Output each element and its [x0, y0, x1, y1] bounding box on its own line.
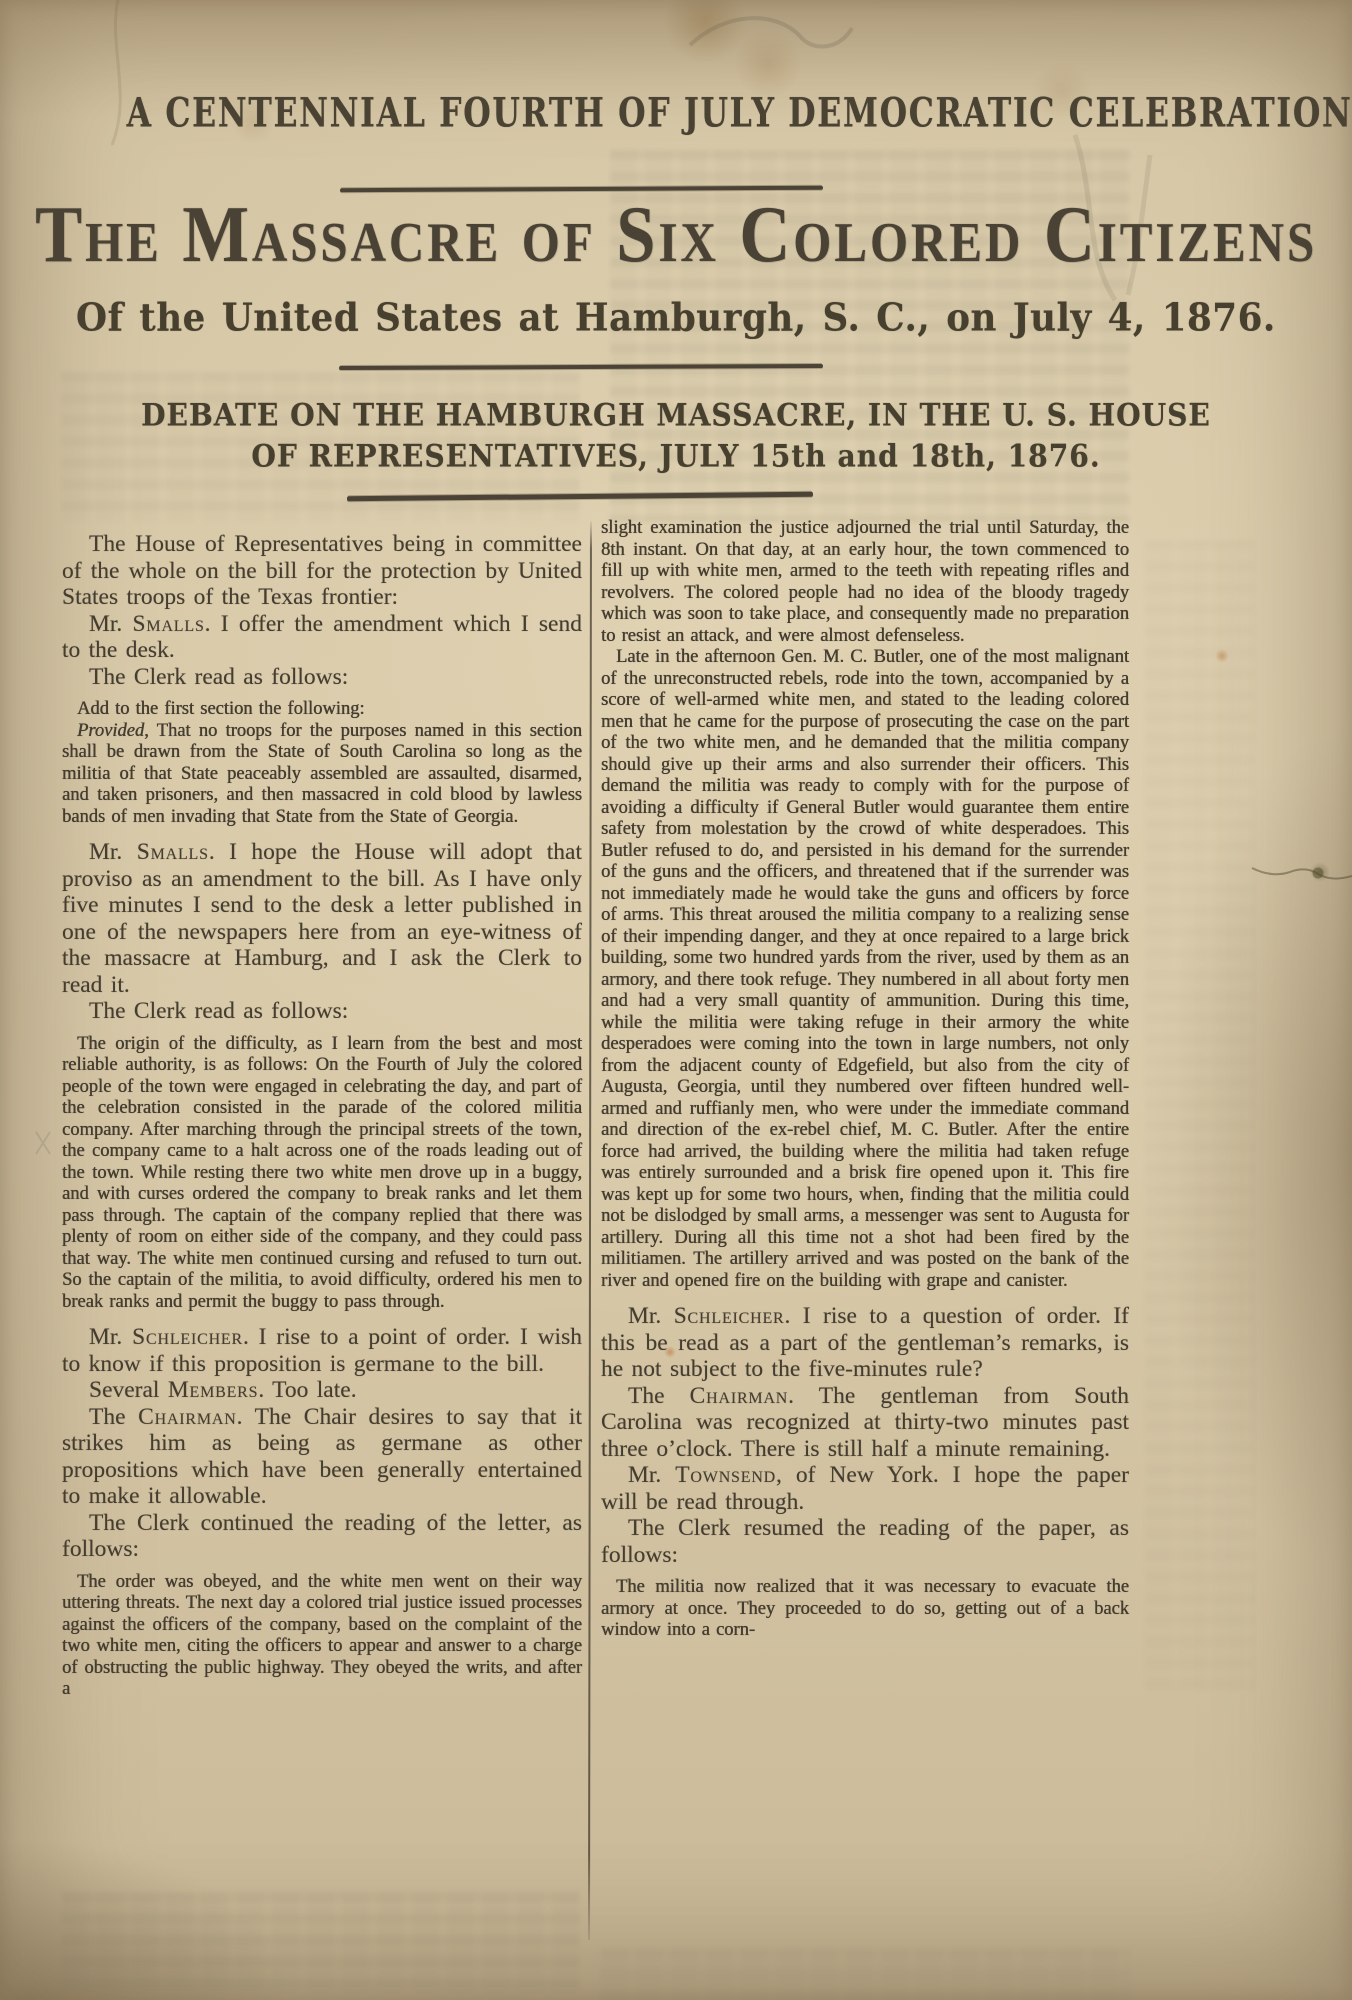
excerpt-paragraph: slight examination the justice adjourned… [601, 518, 1129, 647]
left-column: The House of Representatives being in co… [62, 531, 582, 1701]
speaker-name: Chairman [690, 1383, 789, 1409]
excerpt-paragraph: Add to the first section the following: [62, 699, 582, 721]
debate-heading-line2: OF REPRESENTATIVES, JULY 15th and 18th, … [41, 435, 1312, 478]
body-paragraph: The Chairman. The Chair desires to say t… [62, 1404, 582, 1510]
kicker-text: A CENTENNIAL FOURTH OF JULY DEMOCRATIC C… [127, 89, 1352, 136]
document-page: A CENTENNIAL FOURTH OF JULY DEMOCRATIC C… [0, 0, 1352, 2000]
text-run: . Too late. [258, 1377, 356, 1403]
excerpt-paragraph: Provided, That no troops for the purpose… [62, 721, 582, 829]
column-divider [588, 521, 592, 1940]
speaker-name: Members [168, 1377, 259, 1403]
page-subtitle: Of the United States at Hamburgh, S. C.,… [0, 297, 1352, 339]
speaker-name: Smalls [133, 611, 205, 637]
text-run: The Clerk read as follows: [89, 664, 348, 690]
body-paragraph: The Clerk resumed the reading of the pap… [601, 1515, 1129, 1568]
body-paragraph: Mr. Smalls. I hope the House will adopt … [62, 839, 582, 998]
pencil-scrawl-mark [690, 18, 852, 46]
body-paragraph: Mr. Schleicher. I rise to a question of … [601, 1303, 1129, 1383]
page-title: The Massacre of Six Colored Citizens [0, 188, 1352, 271]
speaker-name: Chairman [138, 1404, 237, 1430]
excerpt-paragraph: Late in the afternoon Gen. M. C. Butler,… [601, 647, 1129, 1292]
ink-blot [1313, 868, 1324, 879]
text-run: Late in the afternoon Gen. M. C. Butler,… [601, 647, 1129, 1291]
paper-crack [1252, 868, 1352, 879]
speaker-name: Townsend [675, 1462, 776, 1488]
text-run: The militia now realized that it was nec… [601, 1577, 1129, 1640]
text-run: The House of Representatives being in co… [62, 531, 582, 610]
debate-heading: DEBATE ON THE HAMBURGH MASSACRE, IN THE … [0, 395, 1352, 477]
body-paragraph: The Clerk read as follows: [62, 998, 582, 1025]
show-through-patch [1145, 540, 1255, 1690]
text-run: The [89, 1404, 138, 1430]
show-through-patch [601, 1948, 1129, 2000]
text-run: The [628, 1383, 690, 1409]
text-run: Mr. [89, 839, 137, 865]
speaker-name: Schleicher [132, 1324, 243, 1350]
text-run: The order was obeyed, and the white men … [62, 1572, 582, 1700]
speaker-name: Smalls [137, 839, 209, 865]
text-run: Provided [77, 721, 144, 741]
text-run: The Clerk continued the reading of the l… [62, 1510, 582, 1563]
body-paragraph: The Clerk read as follows: [62, 664, 582, 691]
text-run: The Clerk resumed the reading of the pap… [601, 1515, 1129, 1568]
page-title-text: The Massacre of Six Colored Citizens [35, 188, 1317, 281]
excerpt-paragraph: The order was obeyed, and the white men … [62, 1572, 582, 1701]
body-paragraph: Several Members. Too late. [62, 1377, 582, 1404]
body-paragraph: Mr. Schleicher. I rise to a point of ord… [62, 1324, 582, 1377]
body-paragraph: The Chairman. The gentleman from South C… [601, 1383, 1129, 1463]
divider-rule-middle [339, 364, 823, 370]
text-run: The Clerk read as follows: [89, 998, 348, 1024]
divider-rule-bottom [347, 492, 813, 501]
text-run: The origin of the difficulty, as I learn… [62, 1034, 582, 1312]
body-paragraph: Mr. Smalls. I offer the amendment which … [62, 611, 582, 664]
excerpt-paragraph: The origin of the difficulty, as I learn… [62, 1034, 582, 1314]
text-run: Mr. [628, 1462, 675, 1488]
right-column: slight examination the justice adjourned… [601, 518, 1129, 1642]
excerpt-paragraph: The militia now realized that it was nec… [601, 1577, 1129, 1642]
body-paragraph: The House of Representatives being in co… [62, 531, 582, 611]
debate-heading-line1: DEBATE ON THE HAMBURGH MASSACRE, IN THE … [41, 394, 1312, 437]
text-run: slight examination the justice adjourned… [601, 518, 1129, 646]
margin-mark [36, 1132, 50, 1154]
kicker-headline: A CENTENNIAL FOURTH OF JULY DEMOCRATIC C… [0, 90, 1352, 135]
text-run: Mr. [89, 611, 133, 637]
text-run: Add to the first section the following: [77, 699, 365, 719]
text-run: Several [89, 1377, 168, 1403]
text-run: Mr. [89, 1324, 132, 1350]
body-paragraph: Mr. Townsend, of New York. I hope the pa… [601, 1462, 1129, 1515]
speaker-name: Schleicher [674, 1303, 785, 1329]
page-subtitle-text: Of the United States at Hamburgh, S. C.,… [76, 296, 1276, 341]
text-run: Mr. [628, 1303, 674, 1329]
show-through-patch [62, 1892, 580, 1992]
body-paragraph: The Clerk continued the reading of the l… [62, 1510, 582, 1563]
